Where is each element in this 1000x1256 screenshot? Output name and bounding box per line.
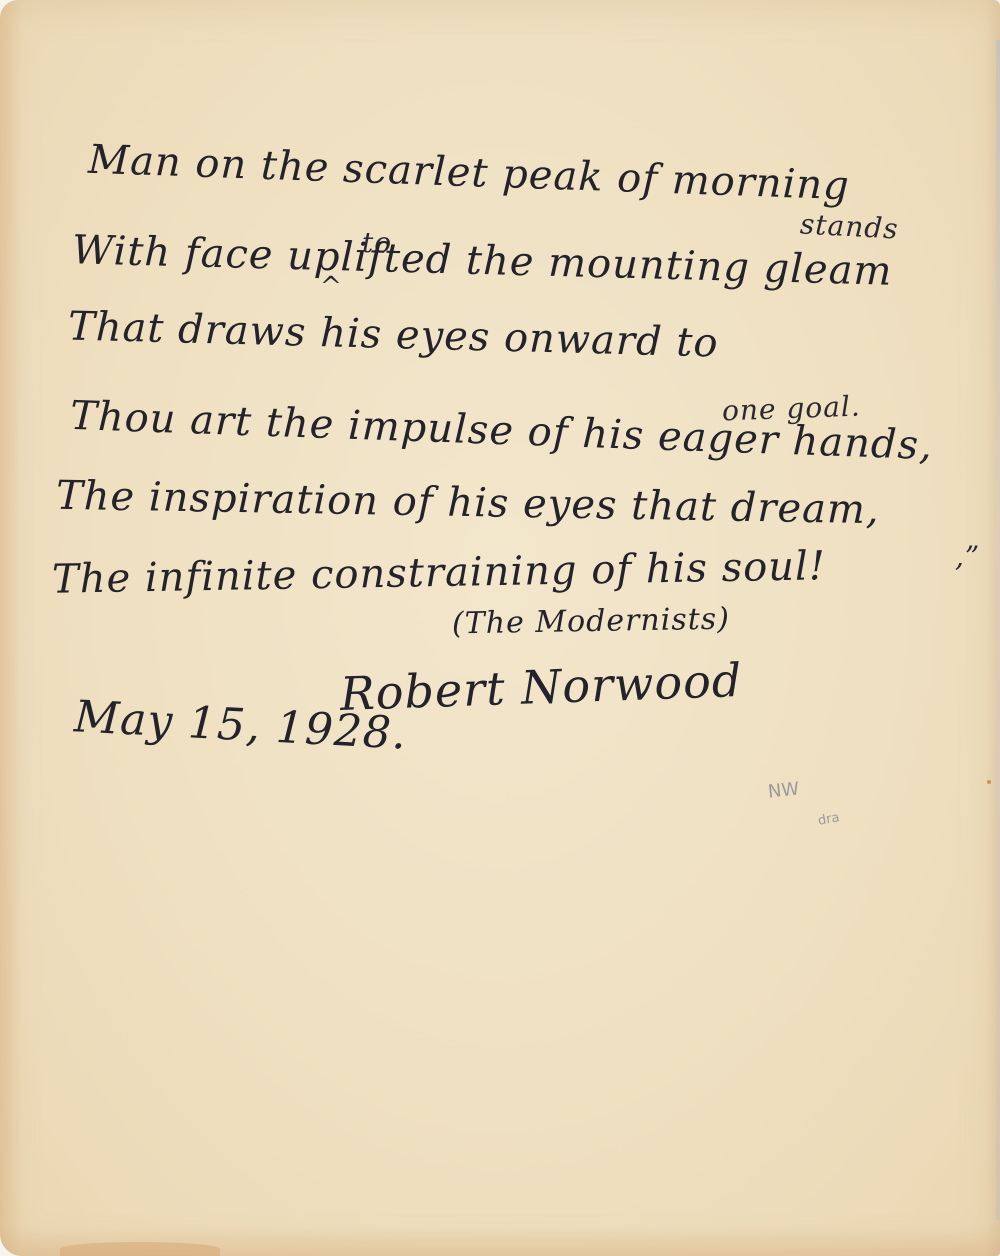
poem-line-5: The inspiration of his eyes that dream, <box>56 473 880 533</box>
paper-stain <box>60 1242 220 1256</box>
poem-line-2: With face uplifted the mounting gleam <box>72 227 894 294</box>
closing-quote: ,” <box>955 540 980 573</box>
paper-right-edge <box>996 40 1000 1220</box>
insertion-stands: stands <box>799 207 899 245</box>
manuscript-page: Man on the scarlet peak of morning stand… <box>0 0 1000 1256</box>
poem-line-6: The infinite constraining of his soul! <box>52 543 827 602</box>
poem-line-1: Man on the scarlet peak of morning <box>87 137 850 210</box>
insertion-caret: ^ <box>320 272 343 302</box>
source-title: (The Modernists) <box>452 602 730 642</box>
pencil-initials: NW <box>767 778 800 802</box>
pencil-note: dra <box>817 810 841 829</box>
foxing-spot <box>987 780 991 784</box>
poem-line-3: That draws his eyes onward to <box>68 303 720 366</box>
